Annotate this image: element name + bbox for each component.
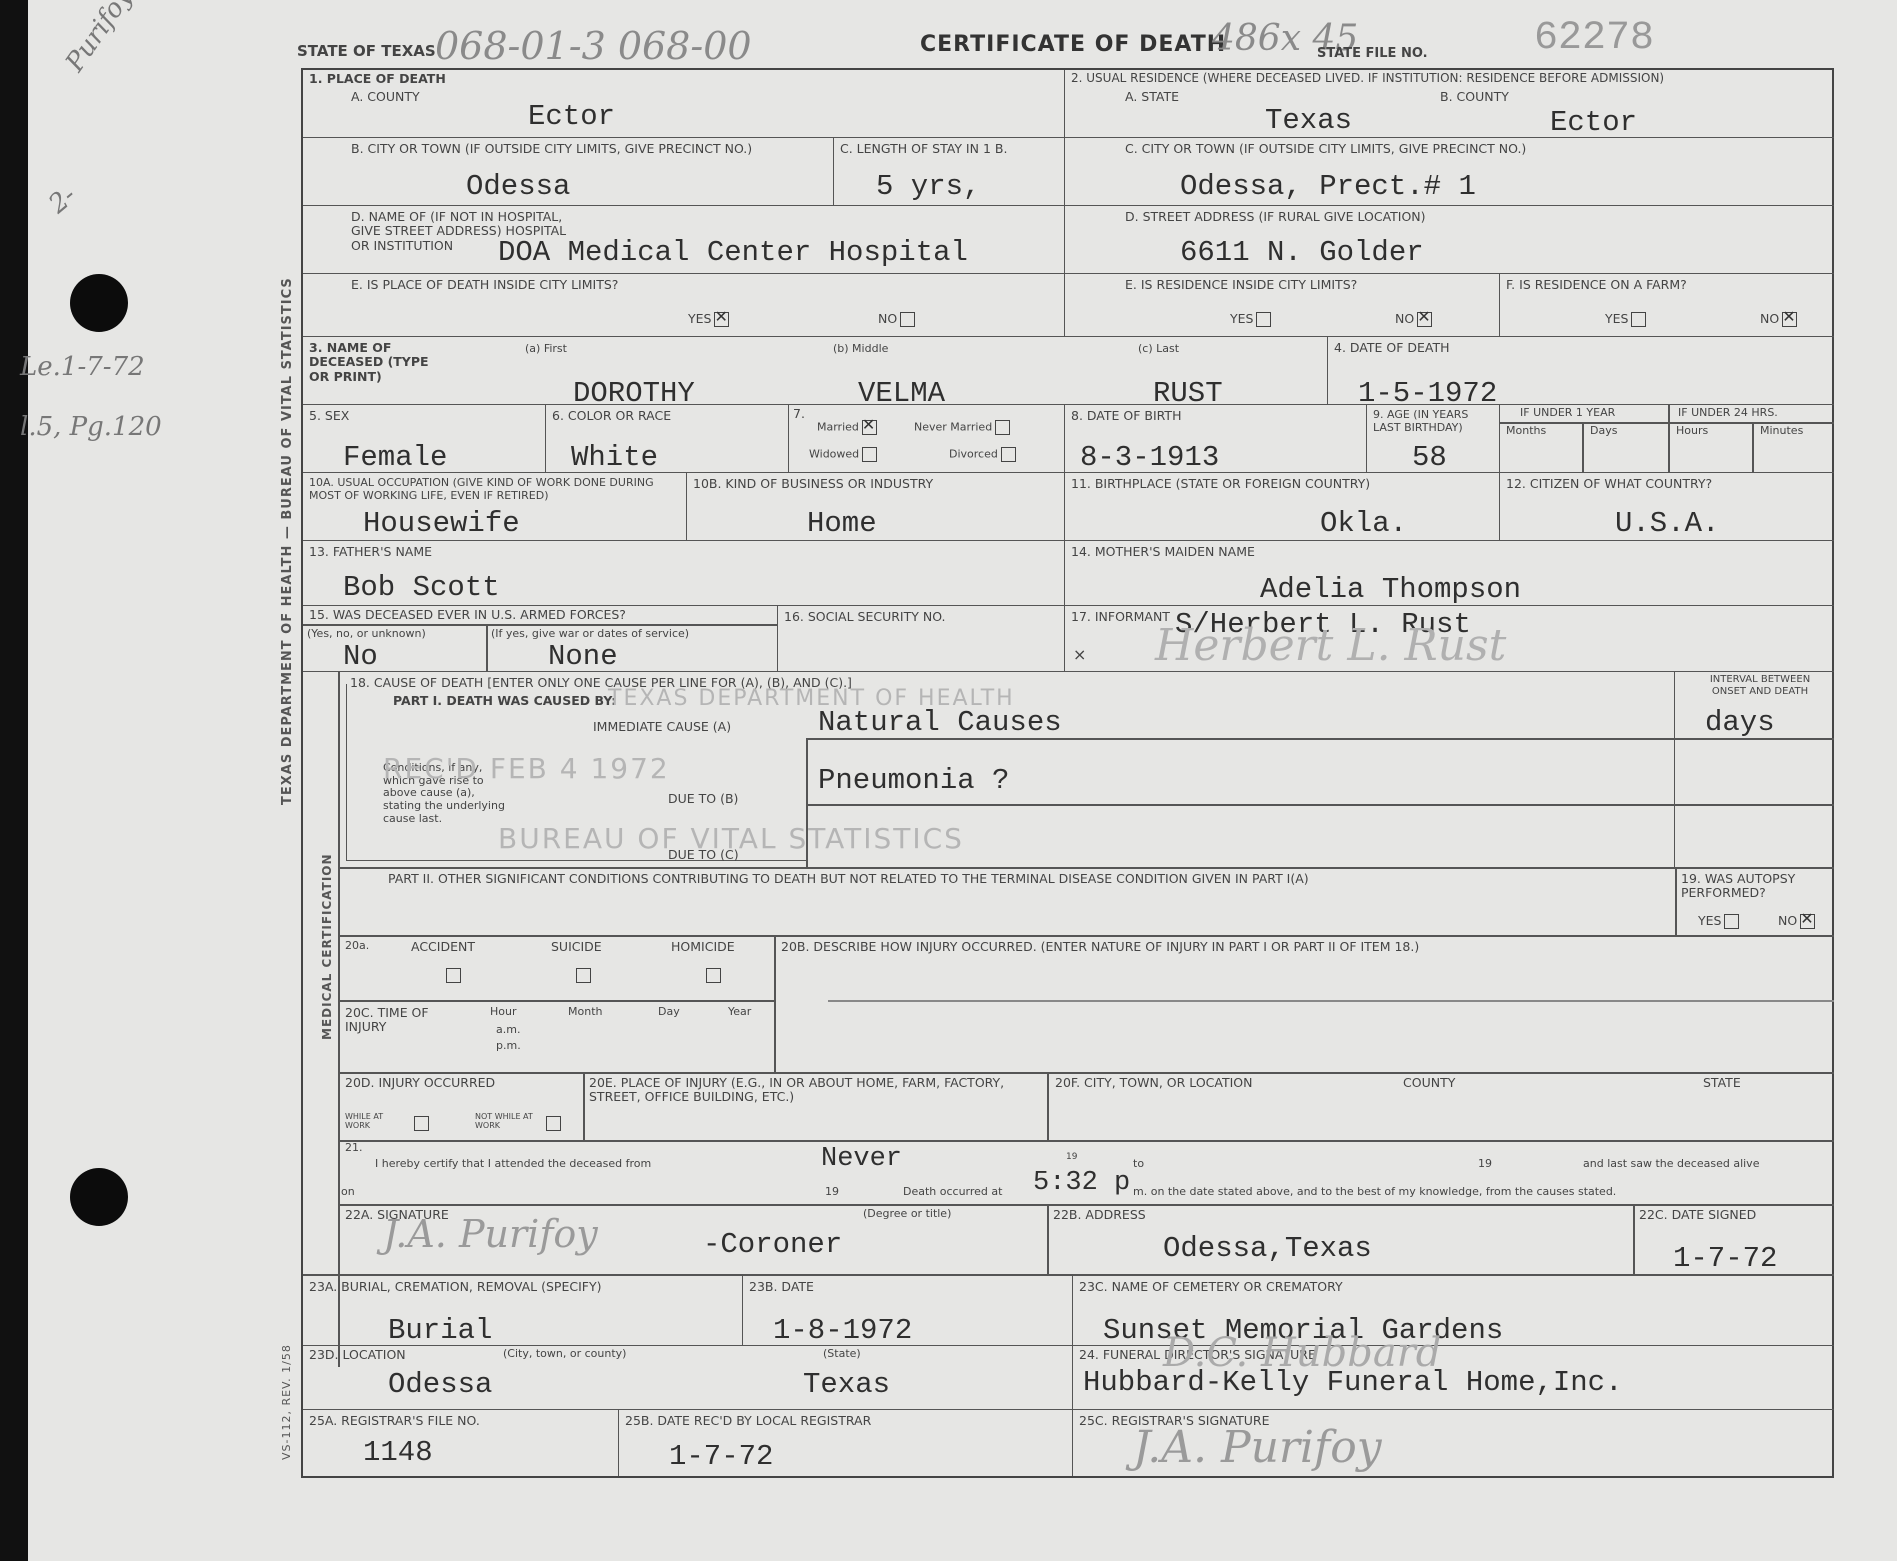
field-label: 2. USUAL RESIDENCE (Where deceased lived… [1071,72,1664,86]
field-label: Hours [1676,425,1708,438]
field-label: b. CITY OR TOWN (If outside city limits,… [351,142,752,156]
death-county-value: Ector [528,100,615,133]
field-label: 10b. KIND OF BUSINESS OR INDUSTRY [693,477,933,491]
yes-option[interactable]: YES [1605,312,1646,327]
citizen-cell: 12. CITIZEN OF WHAT COUNTRY? U.S.A. [1500,473,1834,541]
field-label: 19 [1066,1152,1077,1162]
farm-cell: f. IS RESIDENCE ON A FARM? YES NO [1500,274,1834,337]
field-label: 15. WAS DECEASED EVER IN U.S. ARMED FORC… [309,608,626,622]
informant-signature: Herbert L. Rust [1155,620,1506,671]
certifier-signature: J.A. Purifoy [383,1212,598,1256]
punch-hole [70,274,128,332]
margin-note: l.5, Pg.120 [20,412,162,442]
residence-state-value: Texas [1265,104,1352,137]
residence-city-value: Odessa, Prect.# 1 [1180,170,1476,203]
field-label: 1. PLACE OF DEATH [309,72,446,86]
department-side-label: TEXAS DEPARTMENT OF HEALTH — BUREAU OF V… [280,277,295,805]
autopsy-yes-option[interactable]: YES [1698,914,1739,929]
date-signed-value: 1-7-72 [1673,1242,1777,1275]
field-label: e. IS RESIDENCE INSIDE CITY LIMITS? [1125,278,1357,292]
field-label: Days [1590,425,1617,438]
divider [1633,1204,1635,1274]
field-label: DUE TO (b) [668,792,738,806]
suicide-checkbox[interactable] [576,968,591,983]
field-label: 23b. DATE [749,1280,814,1294]
field-label: (If yes, give war or dates of service) [491,628,689,641]
no-option[interactable]: NO [1395,312,1432,327]
divider [338,1204,1834,1206]
death-certificate-form: 1. PLACE OF DEATH a. COUNTY Ector 2. USU… [301,68,1834,1478]
mother-name-cell: 14. MOTHER'S MAIDEN NAME Adelia Thompson [1065,541,1834,606]
yes-option[interactable]: YES [688,312,729,327]
checkbox-checked[interactable] [1800,914,1815,929]
handwritten-code: 068-01-3 068-00 [435,24,752,68]
field-label: Year [728,1006,751,1019]
field-label: 13. FATHER'S NAME [309,545,432,559]
attended-from-value: Never [821,1144,902,1174]
divider [338,935,1834,937]
residence-county-value: Ector [1550,106,1637,139]
field-label: c. CITY OR TOWN (If outside city limits,… [1125,142,1526,156]
divider [1675,867,1677,935]
marital-status-cell: 7. Married Never Married Widowed Divorce… [789,405,1065,473]
date-of-death-cell: 4. DATE OF DEATH 1-5-1972 [1328,337,1834,405]
residence-inside-limits-cell: e. IS RESIDENCE INSIDE CITY LIMITS? YES … [1065,274,1500,337]
armed-forces-value: No [343,640,378,673]
sex-cell: 5. SEX Female [303,405,546,473]
certification-text: and last saw the deceased alive [1583,1158,1759,1171]
checkbox[interactable] [1724,914,1739,929]
field-label: PART II. OTHER SIGNIFICANT CONDITIONS CO… [388,872,1309,886]
divider [338,1140,1834,1142]
field-label: to [1133,1158,1144,1171]
length-of-stay-value: 5 yrs, [876,170,980,203]
divider [1668,405,1670,473]
field-label: 7. [793,407,805,421]
autopsy-no-option[interactable]: NO [1778,914,1815,929]
field-label: 20a. [345,940,369,953]
field-label: Months [1506,425,1546,438]
field-label: 8. DATE OF BIRTH [1071,409,1181,423]
field-label: NOT WHILE AT WORK [475,1112,535,1130]
field-label: (Degree or title) [863,1208,951,1221]
field-label: a.m. [496,1024,520,1037]
funeral-director-cell: 24. FUNERAL DIRECTOR'S SIGNATURE D.C. Hu… [1073,1346,1834,1410]
divider [808,804,1675,806]
field-label: on [341,1186,355,1199]
marital-option-divorced[interactable]: Divorced [949,447,1016,462]
due-to-b-value: Pneumonia ? [818,764,1009,797]
field-label: 9. AGE (In years last birthday) [1373,409,1493,434]
field-label: 12. CITIZEN OF WHAT COUNTRY? [1506,477,1712,491]
field-label: HOMICIDE [671,940,735,954]
field-label: 25a. REGISTRAR'S FILE NO. [309,1414,480,1428]
deceased-name-cell: 3. NAME OF DECEASED (Type or print) (a) … [303,337,1328,405]
interval-value: days [1705,706,1775,739]
street-address-cell: d. STREET ADDRESS (If rural give locatio… [1065,206,1834,274]
checkbox[interactable] [1001,447,1016,462]
sex-value: Female [343,441,447,474]
registrar-date-cell: 25b. DATE REC'D BY LOCAL REGISTRAR 1-7-7… [619,1410,1073,1476]
hospital-cell: d. NAME OF (If not in hospital, give str… [303,206,1065,274]
field-label: (a) First [525,343,567,356]
certification-text: m. on the date stated above, and to the … [1133,1186,1616,1199]
field-label: a. COUNTY [351,90,420,104]
field-label: 21. [345,1142,363,1155]
divider [1047,1072,1049,1140]
field-label: Hour [490,1006,517,1019]
age-value: 58 [1412,441,1447,474]
interval-cell: INTERVAL BETWEEN ONSET AND DEATH days [1675,672,1834,867]
field-label: 11. BIRTHPLACE (State or foreign country… [1071,477,1370,491]
field-label: 23d. LOCATION [309,1348,406,1362]
ssn-cell: 16. SOCIAL SECURITY NO. [778,606,1065,672]
usual-residence-state-cell: 2. USUAL RESIDENCE (Where deceased lived… [1065,70,1834,138]
residence-city-cell: c. CITY OR TOWN (If outside city limits,… [1065,138,1834,206]
field-label: 14. MOTHER'S MAIDEN NAME [1071,545,1255,559]
checkbox-checked[interactable] [714,312,729,327]
field-label: INTERVAL BETWEEN ONSET AND DEATH [1705,674,1815,697]
checkbox[interactable] [862,447,877,462]
field-label: (State) [823,1348,861,1361]
field-label: 6. COLOR OR RACE [552,409,671,423]
divider [1675,804,1834,806]
disposition-date-cell: 23b. DATE 1-8-1972 [743,1276,1073,1346]
field-label: IMMEDIATE CAUSE (a) [593,720,731,734]
birthplace-cell: 11. BIRTHPLACE (State or foreign country… [1065,473,1500,541]
field-label: 25b. DATE REC'D BY LOCAL REGISTRAR [625,1414,871,1428]
armed-forces-cell: 15. WAS DECEASED EVER IN U.S. ARMED FORC… [303,606,778,672]
divider [338,1072,1834,1074]
field-label: 4. DATE OF DEATH [1334,341,1450,355]
certificate-number: 62278 [1534,16,1654,61]
marital-option-never-married[interactable]: Never Married [914,420,1010,435]
checkbox[interactable] [900,312,915,327]
margin-note: Purifoy [60,0,139,77]
field-label: 19. WAS AUTOPSY PERFORMED? [1681,872,1831,901]
death-time-value: 5:32 p [1033,1168,1130,1198]
field-label: Month [568,1006,602,1019]
under-one-year-cell: IF UNDER 1 YEAR IF UNDER 24 HRS. Months … [1500,405,1834,473]
field-label: 20d. INJURY OCCURRED [345,1076,495,1090]
place-of-death-county-cell: 1. PLACE OF DEATH a. COUNTY Ector [303,70,1065,138]
field-label: PART I. DEATH WAS CAUSED BY: [393,694,616,708]
field-label: c. LENGTH OF STAY in 1 b. [840,142,1020,156]
father-name-value: Bob Scott [343,571,500,604]
field-label: 19 [825,1186,839,1199]
margin-note: Le.1-7-72 [20,352,145,382]
burial-location-cell: 23d. LOCATION (City, town, or county) Od… [303,1346,1073,1410]
business-value: Home [807,507,877,540]
divider [486,624,488,672]
divider [1675,738,1834,740]
certificate-header: STATE OF TEXAS 068-01-3 068-00 CERTIFICA… [297,30,1837,70]
burial-state-value: Texas [803,1368,890,1401]
field-label: 20f. CITY, TOWN, OR LOCATION [1055,1076,1252,1090]
field-label: WHILE AT WORK [345,1112,395,1130]
divider [828,1000,1834,1002]
field-label: COUNTY [1403,1076,1455,1090]
divider [1047,1204,1049,1274]
field-label: IF UNDER 1 YEAR [1520,407,1615,420]
state-file-label: STATE FILE NO. [1317,46,1428,61]
yes-option[interactable]: YES [1230,312,1271,327]
divider [338,1000,774,1002]
field-label: 22b. ADDRESS [1053,1208,1146,1222]
field-label: d. STREET ADDRESS (If rural give locatio… [1125,210,1426,224]
field-label: 23a. BURIAL, CREMATION, REMOVAL (Specify… [309,1280,601,1294]
burial-city-value: Odessa [388,1368,492,1401]
field-label: b. COUNTY [1440,90,1509,104]
field-label: e. IS PLACE OF DEATH INSIDE CITY LIMITS? [351,278,618,292]
race-cell: 6. COLOR OR RACE White [546,405,789,473]
birth-date-cell: 8. DATE OF BIRTH 8-3-1913 [1065,405,1367,473]
field-label: 3. NAME OF DECEASED (Type or print) [309,341,439,384]
degree-value: -Coroner [703,1228,842,1261]
hospital-value: DOA Medical Center Hospital [498,236,968,269]
field-label: p.m. [496,1040,521,1053]
field-label: a. STATE [1125,90,1179,104]
registrar-signature-cell: 25c. REGISTRAR'S SIGNATURE J.A. Purifoy [1073,1410,1834,1476]
checkbox[interactable] [995,420,1010,435]
no-option[interactable]: NO [1760,312,1797,327]
received-stamp: BUREAU OF VITAL STATISTICS [498,822,964,855]
certification-text: I hereby certify that I attended the dec… [375,1158,651,1171]
accident-checkbox[interactable] [446,968,461,983]
field-label: (Yes, no, or unknown) [307,628,426,641]
disposition-date-value: 1-8-1972 [773,1314,912,1347]
while-at-work-checkbox[interactable] [414,1116,429,1131]
birthplace-value: Okla. [1320,507,1407,540]
field-label: Death occurred at [903,1186,1002,1199]
medical-certification-block: 18. CAUSE OF DEATH [Enter only one cause… [303,672,1834,1367]
disposition-method-value: Burial [388,1314,492,1347]
race-value: White [571,441,658,474]
cause-of-death-section: 18. CAUSE OF DEATH [Enter only one cause… [338,672,1675,867]
registrar-signature: J.A. Purifoy [1133,1422,1382,1473]
checkbox-checked[interactable] [1417,312,1432,327]
field-label: STATE [1703,1076,1741,1090]
divider [1582,422,1584,473]
divider [808,738,1675,740]
field-label: (c) Last [1138,343,1179,356]
length-of-stay-cell: c. LENGTH OF STAY in 1 b. 5 yrs, [834,138,1065,206]
field-label: SUICIDE [551,940,602,954]
death-inside-limits-cell: e. IS PLACE OF DEATH INSIDE CITY LIMITS?… [303,274,1065,337]
divider [583,1072,585,1140]
marital-option-widowed[interactable]: Widowed [809,447,877,462]
field-label: 5. SEX [309,409,349,423]
form-code: VS-112, REV. 1/58 [280,1344,293,1460]
checkbox[interactable] [1256,312,1271,327]
received-stamp: REC'D FEB 4 1972 [383,752,670,785]
field-label: 23c. NAME OF CEMETERY OR CREMATORY [1079,1280,1343,1294]
received-stamp: TEXAS DEPARTMENT OF HEALTH [608,686,1015,711]
informant-cell: 17. INFORMANT S/Herbert L. Rust × Herber… [1065,606,1834,672]
punch-hole [70,1168,128,1226]
occupation-cell: 10a. USUAL OCCUPATION (Give kind of work… [303,473,687,541]
mother-name-value: Adelia Thompson [1260,573,1521,606]
field-label: 10a. USUAL OCCUPATION (Give kind of work… [309,477,679,502]
field-label: ACCIDENT [411,940,475,954]
no-option[interactable]: NO [878,312,915,327]
field-label: IF UNDER 24 HRS. [1678,407,1778,420]
field-label: (b) Middle [833,343,888,356]
father-name-cell: 13. FATHER'S NAME Bob Scott [303,541,1065,606]
field-label: 16. SOCIAL SECURITY NO. [784,610,946,624]
field-label: f. IS RESIDENCE ON A FARM? [1506,278,1687,292]
state-label: STATE OF TEXAS [297,42,436,60]
certifier-address-value: Odessa,Texas [1163,1232,1372,1265]
funeral-home-value: Hubbard-Kelly Funeral Home,Inc. [1083,1366,1623,1399]
margin-note: 2- [43,180,82,219]
street-address-value: 6611 N. Golder [1180,236,1424,269]
divider [1752,422,1754,473]
divider [774,935,776,1072]
occupation-value: Housewife [363,507,520,540]
field-label: Day [658,1006,680,1019]
citizen-value: U.S.A. [1615,507,1719,540]
marital-option-married[interactable]: Married [817,420,877,435]
business-cell: 10b. KIND OF BUSINESS OR INDUSTRY Home [687,473,1065,541]
divider [303,624,778,626]
checkbox-checked[interactable] [1782,312,1797,327]
death-city-value: Odessa [466,170,570,203]
registrar-file-cell: 25a. REGISTRAR'S FILE NO. 1148 [303,1410,619,1476]
page-title: CERTIFICATE OF DEATH [920,32,1226,57]
field-label: 22c. DATE SIGNED [1639,1208,1756,1222]
field-label: 20b. DESCRIBE HOW INJURY OCCURRED. (Ente… [781,940,1419,954]
disposition-method-cell: 23a. BURIAL, CREMATION, REMOVAL (Specify… [303,1276,743,1346]
birth-date-value: 8-3-1913 [1080,441,1219,474]
field-label: Minutes [1760,425,1803,438]
death-city-cell: b. CITY OR TOWN (If outside city limits,… [303,138,834,206]
scan-dark-edge [0,0,28,1561]
registrar-date-value: 1-7-72 [669,1440,773,1473]
service-value: None [548,640,618,673]
checkbox[interactable] [1631,312,1646,327]
checkbox-checked[interactable] [862,420,877,435]
signature-mark: × [1073,646,1086,664]
divider [338,867,1834,869]
age-cell: 9. AGE (In years last birthday) 58 [1367,405,1500,473]
not-at-work-checkbox[interactable] [546,1116,561,1131]
field-label: 20e. PLACE OF INJURY (e.g., in or about … [589,1076,1039,1105]
field-label: 20c. TIME OF INJURY [345,1006,435,1035]
field-label: (City, town, or county) [503,1348,626,1361]
field-label: 19 [1478,1158,1492,1171]
registrar-file-value: 1148 [363,1436,433,1469]
homicide-checkbox[interactable] [706,968,721,983]
